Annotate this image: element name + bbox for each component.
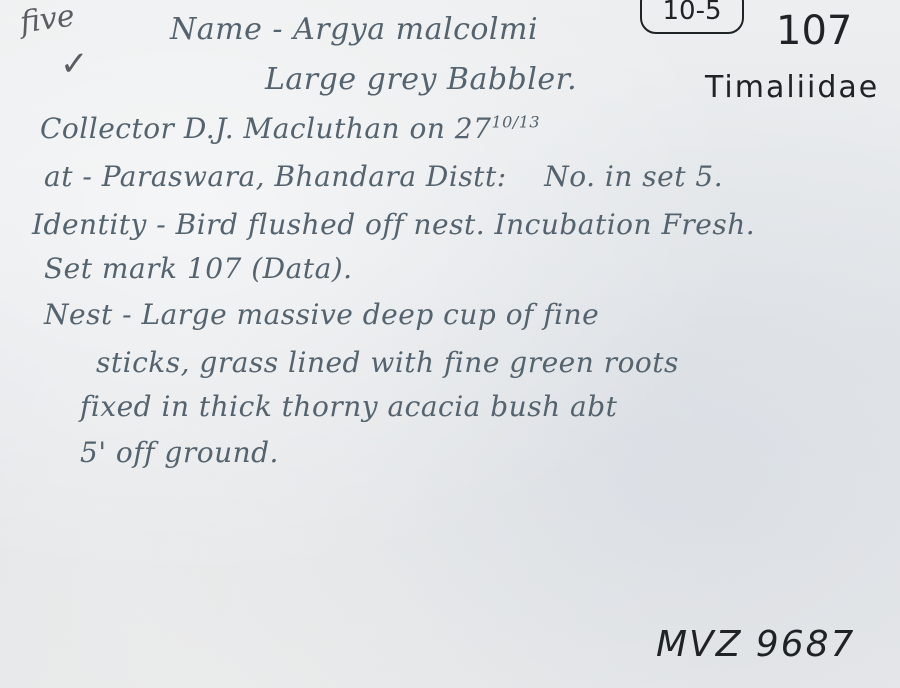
locality: Paraswara, Bhandara Distt: [102, 160, 507, 193]
check-mark-icon: ✓ [60, 44, 89, 84]
specimen-data-card: five ✓ Name - Argya malcolmi 10-5 107 La… [0, 0, 900, 688]
date-label: on [410, 112, 446, 145]
locality-label: at - [44, 160, 92, 193]
identity-label: Identity - [32, 208, 166, 241]
name-label: Name - [170, 12, 283, 47]
box-number: 10-5 [640, 0, 744, 34]
nest-line-3: fixed in thick thorny acacia bush abt [80, 390, 617, 423]
set-count: No. in set 5. [544, 160, 723, 193]
pencil-annotation: five [18, 0, 77, 41]
nest-description: Large massive deep cup of fine [141, 298, 599, 331]
nest-line-4: 5' off ground. [80, 436, 279, 469]
common-name: Large grey Babbler. [265, 62, 577, 97]
set-mark: Set mark 107 (Data). [44, 252, 353, 285]
scientific-name: Argya malcolmi [293, 12, 538, 47]
identity-text: Bird flushed off nest. Incubation Fresh. [176, 208, 756, 241]
collector-line: Collector D.J. Macluthan on 2710/13 [40, 112, 540, 145]
species-name-line: Name - Argya malcolmi [170, 12, 538, 47]
collector-label: Collector [40, 112, 174, 145]
nest-label: Nest - [44, 298, 132, 331]
nest-line-2: sticks, grass lined with fine green root… [96, 346, 679, 379]
identity-line: Identity - Bird flushed off nest. Incuba… [32, 208, 755, 241]
collection-date-day: 27 [455, 112, 492, 145]
family-name: Timaliidae [705, 70, 879, 105]
collection-date-month-year: 10/13 [491, 113, 540, 132]
collector-name: D.J. Macluthan [184, 112, 400, 145]
catalog-number-top: 107 [776, 8, 852, 54]
nest-line-1: Nest - Large massive deep cup of fine [44, 298, 599, 331]
catalog-number-bottom: MVZ 9687 [656, 624, 855, 665]
locality-line: at - Paraswara, Bhandara Distt: No. in s… [44, 160, 723, 193]
